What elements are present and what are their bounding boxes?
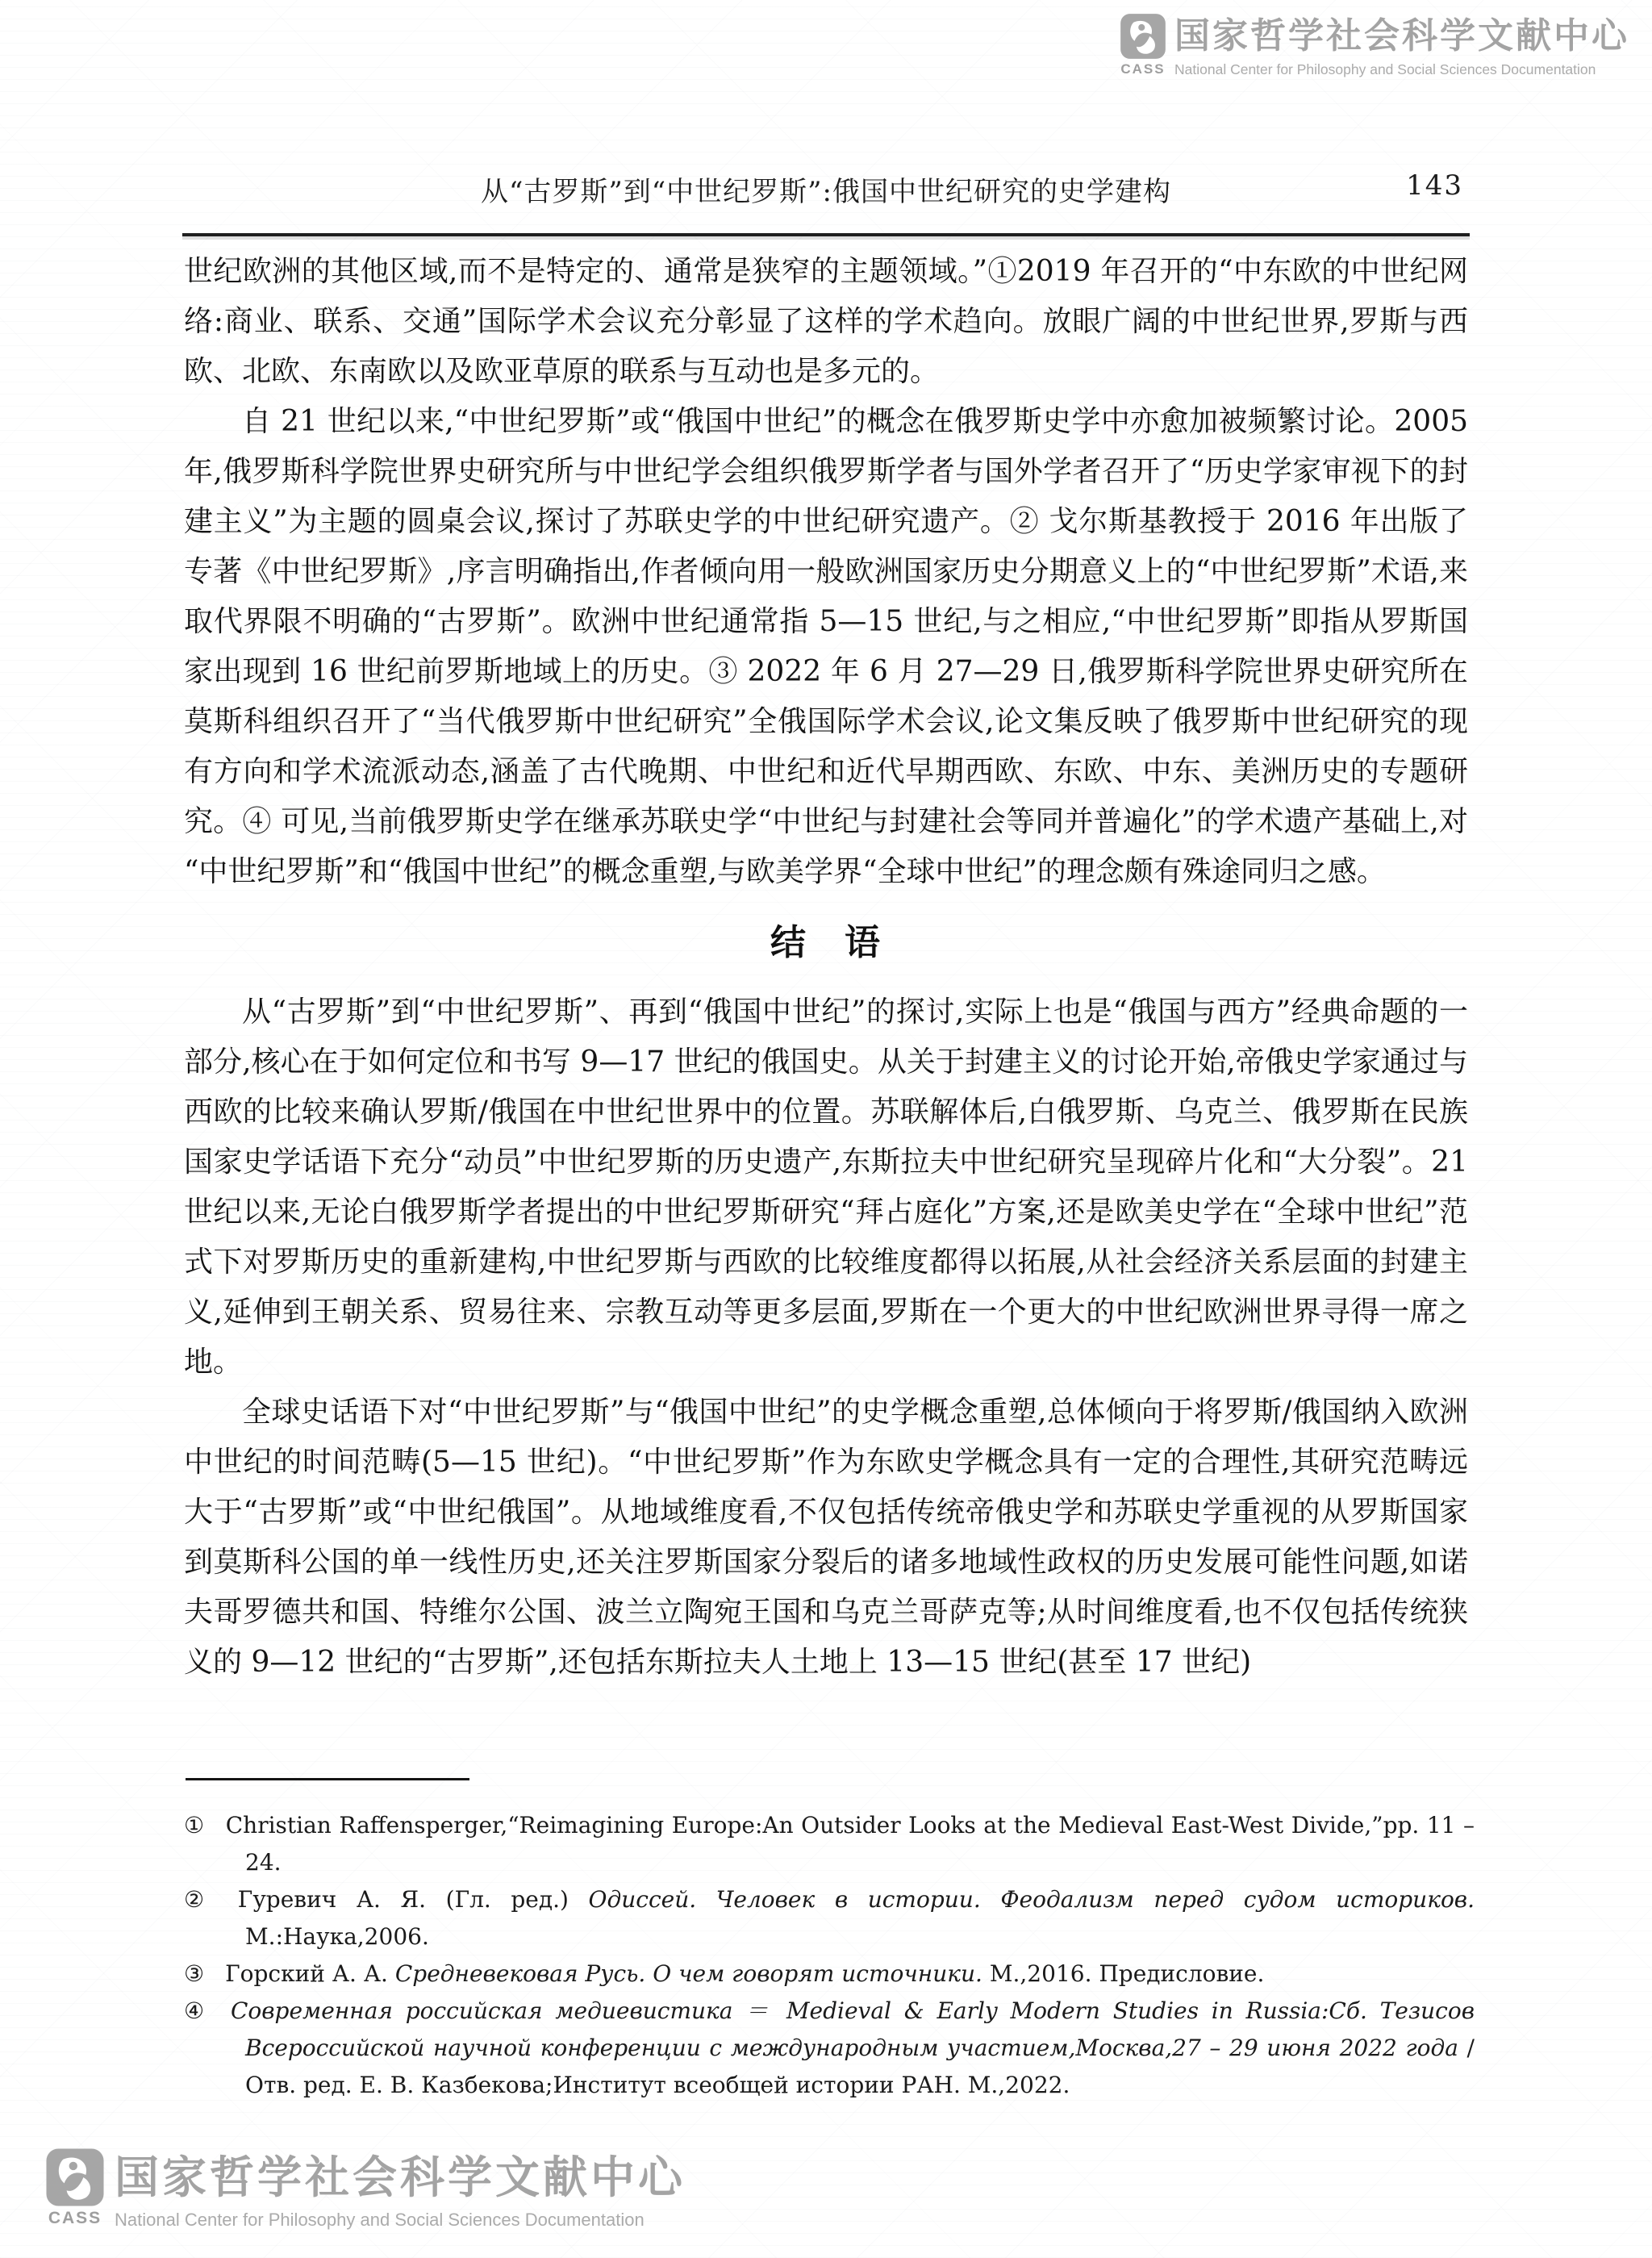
logo-abbr: CASS: [1120, 61, 1165, 77]
cass-logo-header: CASS 国家哲学社会科学文献中心 National Center for Ph…: [1120, 13, 1629, 78]
logo-english-name: National Center for Philosophy and Socia…: [1174, 61, 1629, 78]
logo-english-name: National Center for Philosophy and Socia…: [115, 2210, 686, 2231]
page-number: 143: [1406, 169, 1463, 202]
footnote-item-3: ③Горский А. А. Средневековая Русь. О чем…: [184, 1955, 1475, 1993]
footnote-marker: ①: [184, 1812, 205, 1839]
footnote-item-4: ④Современная российская медиевистика ＝ M…: [184, 1993, 1475, 2104]
footnote-text: Christian Raffensperger,“Reimagining Eur…: [226, 1812, 1475, 1876]
footnote-text: Горский А. А.: [225, 1960, 395, 1987]
running-header: 从“古罗斯”到“中世纪罗斯”:俄国中世纪研究的史学建构 143: [184, 169, 1468, 209]
logo-chinese-name: 国家哲学社会科学文献中心: [1174, 13, 1629, 60]
running-title: 从“古罗斯”到“中世纪罗斯”:俄国中世纪研究的史学建构: [481, 176, 1171, 208]
footnote-marker: ④: [184, 1997, 210, 2024]
footnote-marker: ②: [184, 1886, 217, 1913]
header-rule: [182, 233, 1470, 236]
footnote-text-italic: Средневековая Русь. О чем говорят источн…: [395, 1960, 982, 1987]
paragraph-1: 世纪欧洲的其他区域,而不是特定的、通常是狭窄的主题领域。”①2019 年召开的“…: [184, 247, 1468, 397]
cass-logo-footer: CASS 国家哲学社会科学文献中心 National Center for Ph…: [45, 2147, 686, 2231]
paragraph-2: 自 21 世纪以来,“中世纪罗斯”或“俄国中世纪”的概念在俄罗斯史学中亦愈加被频…: [184, 397, 1468, 897]
footnote-text: Гуревич А. Я. (Гл. ред.): [238, 1886, 589, 1913]
section-heading-conclusion: 结 语: [184, 918, 1468, 968]
logo-abbr: CASS: [48, 2209, 102, 2228]
footnote-text: М.,2016. Предисловие.: [982, 1960, 1264, 1987]
paragraph-3: 从“古罗斯”到“中世纪罗斯”、再到“俄国中世纪”的探讨,实际上也是“俄国与西方”…: [184, 987, 1468, 1388]
footnotes: ①Christian Raffensperger,“Reimagining Eu…: [184, 1807, 1475, 2104]
paragraph-4: 全球史话语下对“中世纪罗斯”与“俄国中世纪”的史学概念重塑,总体倾向于将罗斯/俄…: [184, 1388, 1468, 1688]
logo-chinese-name: 国家哲学社会科学文献中心: [115, 2147, 686, 2207]
footnote-item-2: ②Гуревич А. Я. (Гл. ред.) Одиссей. Челов…: [184, 1881, 1475, 1955]
cass-logo-icon: [45, 2147, 105, 2207]
footnote-separator: [186, 1778, 469, 1780]
cass-logo-mark: CASS: [45, 2147, 105, 2228]
footnote-item-1: ①Christian Raffensperger,“Reimagining Eu…: [184, 1807, 1475, 1881]
document-page: CASS 国家哲学社会科学文献中心 National Center for Ph…: [0, 0, 1652, 2258]
cass-logo-icon: [1120, 13, 1166, 60]
footnote-marker: ③: [184, 1960, 204, 1987]
footnote-text: М.:Наука,2006.: [245, 1923, 429, 1950]
article-body: 世纪欧洲的其他区域,而不是特定的、通常是狭窄的主题领域。”①2019 年召开的“…: [184, 247, 1468, 1688]
footnote-text-italic: Одиссей. Человек в истории. Феодализм пе…: [589, 1886, 1475, 1913]
cass-logo-mark: CASS: [1120, 13, 1166, 77]
footnote-text-italic: Современная российская медиевистика ＝ Me…: [231, 1997, 1475, 2061]
